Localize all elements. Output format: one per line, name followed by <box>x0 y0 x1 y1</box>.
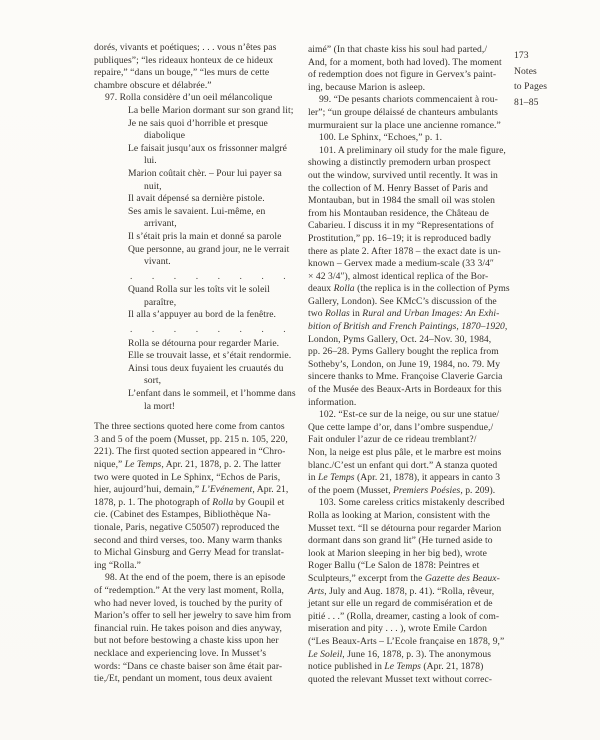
text-line: two Rollas in Rural and Urban Images: An… <box>308 308 522 321</box>
text-line: Roger Ballu (“Le Salon de 1878: Peintres… <box>308 560 522 573</box>
text-line: Non, la neige est plus pâle, et le marbr… <box>308 447 522 460</box>
text-line: Arts, July and Aug. 1878, p. 41). “Rolla… <box>308 586 522 599</box>
text-line: 100. Le Sphinx, “Echoes,” p. 1. <box>308 132 522 145</box>
text-line: 102. “Est-ce sur de la neige, ou sur une… <box>308 409 522 422</box>
text-line: La belle Marion dormant sur son grand li… <box>94 105 308 118</box>
page-number: 173 <box>514 48 594 64</box>
text-line: Que personne, au grand jour, ne le verra… <box>94 244 308 257</box>
text-line: known – Gervex made a medium-scale (33 3… <box>308 258 522 271</box>
text-line: jetant sur elle un regard de commisérati… <box>308 598 522 611</box>
text-line: Ainsi tous deux fuyaient les cruautés du <box>94 363 308 376</box>
text-line: Il s’était pris la main et donné sa paro… <box>94 231 308 244</box>
text-line: The three sections quoted here come from… <box>94 421 308 434</box>
text-line: Que cette lampe d’or, dans l’ombre suspe… <box>308 422 522 435</box>
text-line: financial ruin. He takes poison and dies… <box>94 623 308 636</box>
text-line: sort, <box>94 375 308 388</box>
text-line: out the window, survived until recently.… <box>308 170 522 183</box>
text-line: Sotheby’s, London, on June 19, 1984, no.… <box>308 359 522 372</box>
text-line: Fait onduler l’azur de ce rideau trembla… <box>308 434 522 447</box>
text-line: look at Marion sleeping in her big bed),… <box>308 548 522 561</box>
text-line: aimé” (In that chaste kiss his soul had … <box>308 44 522 57</box>
text-line: vivant. <box>94 256 308 269</box>
text-line: publiques”; “les rideaux honteux de ce h… <box>94 55 308 68</box>
running-head-line: Notes <box>514 64 594 80</box>
book-page: dorés, vivants et poétiques; . . . vous … <box>0 0 600 740</box>
text-line: notice published in Le Temps (Apr. 21, 1… <box>308 661 522 674</box>
text-line: Elle se trouvait lasse, et s’était rendo… <box>94 350 308 363</box>
text-line: 101. A preliminary oil study for the mal… <box>308 145 522 158</box>
text-line: repaire,” “dans un bouge,” “les murs de … <box>94 67 308 80</box>
text-line: of “redemption.” At the very last moment… <box>94 585 308 598</box>
text-line: L’enfant dans le sommeil, et l’homme dan… <box>94 388 308 401</box>
text-line: bition of British and French Paintings, … <box>308 321 522 334</box>
text-line: Le Soleil, June 16, 1878, p. 3). The ano… <box>308 649 522 662</box>
text-line: blanc./C’est un enfant qui dort.” A stan… <box>308 460 522 473</box>
text-line: in Le Temps (Apr. 21, 1878), it appears … <box>308 472 522 485</box>
text-line: two were quoted in Le Sphinx, “Echos de … <box>94 472 308 485</box>
text-line: from his Montauban residence, the Châtea… <box>308 208 522 221</box>
text-line: there as plate 2. After 1878 – the exact… <box>308 246 522 259</box>
text-line: Montauban, but in 1984 the small oil was… <box>308 195 522 208</box>
text-line: tie,/Et, pendant un moment, tous deux av… <box>94 673 308 686</box>
text-line: miseration and pity . . . ), wrote Emile… <box>308 623 522 636</box>
text-line: Marion’s offer to sell her jewelry to sa… <box>94 610 308 623</box>
running-head-line: to Pages <box>514 79 594 95</box>
text-line: Rolla se détourna pour regarder Marie. <box>94 338 308 351</box>
text-line: but not before bestowing a chaste kiss u… <box>94 635 308 648</box>
text-line: pitié . . .” (Rolla, dreamer, casting a … <box>308 611 522 624</box>
text-line: ler”; “un groupe délaissé de chanteurs a… <box>308 107 522 120</box>
text-line: of the poem (Musset, Premiers Poésies, p… <box>308 485 522 498</box>
text-line: hier, aujourd’hui, demain,” L’Evénement,… <box>94 484 308 497</box>
text-line: Je ne sais quoi d’horrible et presque <box>94 118 308 131</box>
text-line: Ses amis le savaient. Lui-même, en <box>94 206 308 219</box>
text-line: quoted the relevant Musset text without … <box>308 674 522 687</box>
text-line: paraître, <box>94 297 308 310</box>
text-line: arrivant, <box>94 218 308 231</box>
text-line: 1878, p. 1. The photograph of Rolla by G… <box>94 497 308 510</box>
text-line: showing a distinctly premodern urban pro… <box>308 157 522 170</box>
text-line: 98. At the end of the poem, there is an … <box>94 572 308 585</box>
text-line: Le faisait jusqu’aux os frissonner malgr… <box>94 143 308 156</box>
text-line: diabolique <box>94 130 308 143</box>
text-line: Sculpteurs,” excerpt from the Gazette de… <box>308 573 522 586</box>
running-head-line: 81–85 <box>514 95 594 111</box>
text-line: murmuraient sur la place une ancienne ro… <box>308 120 522 133</box>
text-line: who had never loved, is touched by the p… <box>94 598 308 611</box>
text-line: × 42 3/4″), almost identical replica of … <box>308 271 522 284</box>
text-line: Quand Rolla sur les toîts vit le soleil <box>94 284 308 297</box>
text-line: pp. 26–28. Pyms Gallery bought the repli… <box>308 346 522 359</box>
text-line: dormant dans son grand lit” (He turned a… <box>308 535 522 548</box>
verse-separator-dots: . . . . . . . . <box>94 271 308 284</box>
text-line: ing, because Marion is asleep. <box>308 82 522 95</box>
verse-separator-dots: . . . . . . . . <box>94 324 308 337</box>
text-line: tionale, Paris, negative C50507) reprodu… <box>94 522 308 535</box>
text-line: of redemption does not figure in Gervex’… <box>308 69 522 82</box>
text-line: Il alla s’appuyer au bord de la fenêtre. <box>94 309 308 322</box>
text-line: ing “Rolla.” <box>94 560 308 573</box>
text-line: words: “Dans ce chaste baiser son âme ét… <box>94 661 308 674</box>
text-line: second and third verses, too. Many warm … <box>94 535 308 548</box>
notes-left-column: dorés, vivants et poétiques; . . . vous … <box>94 42 308 686</box>
text-line: to Michal Ginsburg and Gerry Mead for tr… <box>94 547 308 560</box>
text-line: nuit, <box>94 181 308 194</box>
text-line: information. <box>308 397 522 410</box>
text-line: 97. Rolla considère d’un oeil mélancoliq… <box>94 92 308 105</box>
text-line: (“Les Beaux-Arts – L’Ecole française en … <box>308 636 522 649</box>
text-line: nique,” Le Temps, Apr. 21, 1878, p. 2. T… <box>94 459 308 472</box>
paragraph-gap <box>94 413 308 421</box>
text-line: Rolla as looking at Marion, consistent w… <box>308 510 522 523</box>
text-line: dorés, vivants et poétiques; . . . vous … <box>94 42 308 55</box>
text-line: the collection of M. Henry Basset of Par… <box>308 183 522 196</box>
text-line: London, Pyms Gallery, Oct. 24–Nov. 30, 1… <box>308 334 522 347</box>
text-line: And, for a moment, both had loved). The … <box>308 57 522 70</box>
running-head: 173 Notes to Pages 81–85 <box>514 48 594 111</box>
text-line: necklace and experiencing love. In Musse… <box>94 648 308 661</box>
text-line: Prostitution,” pp. 16–19; it is reproduc… <box>308 233 522 246</box>
text-line: deaux Rolla (the replica is in the colle… <box>308 283 522 296</box>
notes-right-column: aimé” (In that chaste kiss his soul had … <box>308 44 522 686</box>
text-line: lui. <box>94 155 308 168</box>
text-line: cie. (Cabinet des Estampes, Bibliothèque… <box>94 509 308 522</box>
text-line: of the Musée des Beaux-Arts in Bordeaux … <box>308 384 522 397</box>
text-line: 3 and 5 of the poem (Musset, pp. 215 n. … <box>94 434 308 447</box>
text-line: Cabarieu. I discuss it in my “Representa… <box>308 220 522 233</box>
text-line: Gallery, London). See KMcC’s discussion … <box>308 296 522 309</box>
text-line: chambre obscure et délabrée.” <box>94 80 308 93</box>
text-line: la mort! <box>94 401 308 414</box>
text-line: Musset text. “Il se détourna pour regard… <box>308 523 522 536</box>
text-line: 221). The first quoted section appeared … <box>94 446 308 459</box>
text-line: 103. Some careless critics mistakenly de… <box>308 497 522 510</box>
text-line: 99. “De pesants chariots commencaient à … <box>308 94 522 107</box>
text-line: sincere thanks to Mme. Françoise Claveri… <box>308 371 522 384</box>
text-line: Marion coûtait chèr. – Pour lui payer sa <box>94 168 308 181</box>
text-line: Il avait dépensé sa dernière pistole. <box>94 193 308 206</box>
